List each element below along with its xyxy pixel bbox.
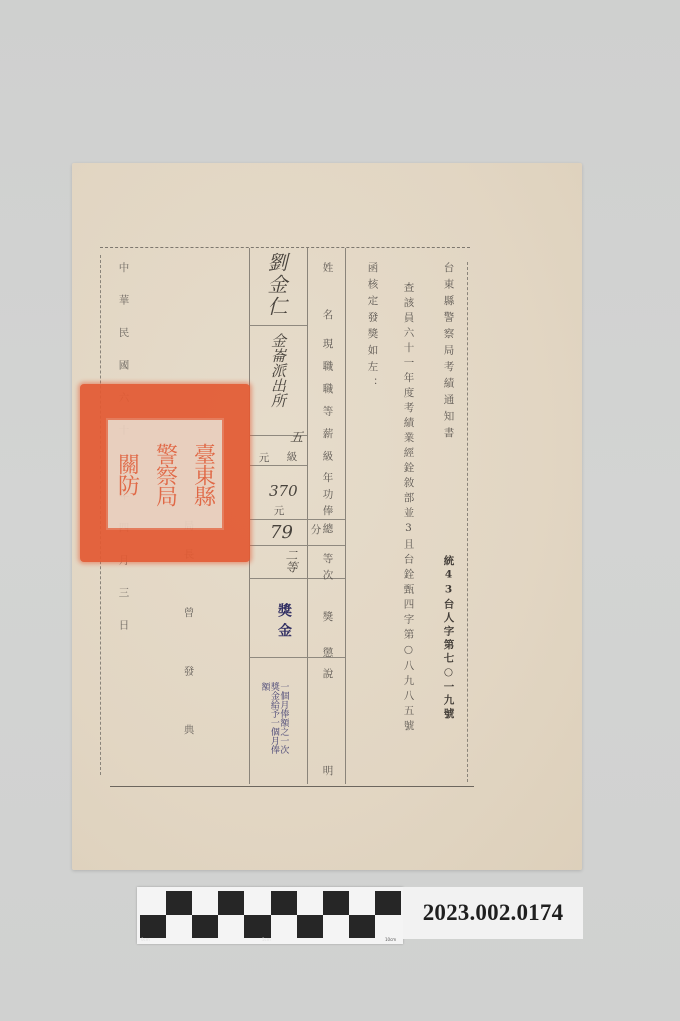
body-line-2: 函核定發獎如左： [367,262,378,394]
header-reward-2: 懲 [322,647,333,664]
table-right-rule [345,248,346,784]
salary-unit: 元 [273,505,284,522]
notes-stamp: 一個月俸額之一次獎金給予一個月俸額 [259,682,287,754]
header-name-surname: 姓 [322,262,333,279]
score-value: 79 [270,522,293,543]
row-sep-name [249,325,307,326]
header-name-given: 名 [322,309,333,326]
employee-name: 劉金仁 [262,252,291,318]
grade-level-unit: 級 [286,451,297,468]
score-unit: 分 [310,524,321,541]
seal-column-2: 警察局 [153,443,176,506]
official-seal: 臺東縣 警察局 關防 [80,384,250,562]
reward-stamp: 獎金 [274,603,294,643]
header-score: 總 [322,523,333,540]
header-notes-2: 明 [322,765,333,782]
header-notes-1: 說 [322,668,333,685]
scale-label-0: 0cm [141,937,150,942]
reference-number: 統43台人字第七○一九號 [443,555,454,722]
position-value: 金崙派出所 [268,333,289,408]
seal-text-area: 臺東縣 警察局 關防 [106,418,224,530]
header-grade: 等次 [322,553,333,586]
header-title: 台東縣警察局考績通知書 [443,262,454,444]
header-position-grade-salary: 現職職等薪級 [322,338,333,473]
header-annual-merit: 年功俸 [322,472,333,522]
top-rule [100,247,470,248]
header-reward-1: 獎 [322,611,333,628]
grade-unit: 元 [258,452,269,469]
body-line-1: 查該員六十一年度考績業經銓敘部並3且台銓甄四字第○八九八五號 [403,282,414,735]
right-frame-rule [467,262,468,782]
grade-level-value: 五 [285,430,304,443]
table-header-rule [307,248,308,784]
color-scale-bar [137,887,403,944]
accession-number-label: 2023.002.0174 [403,887,583,939]
seal-column-1: 臺東縣 [191,443,214,506]
seal-column-3: 關防 [115,453,138,495]
salary-value: 370 [269,482,298,500]
bottom-rule [110,786,474,787]
rank-value: 二等 [283,549,300,573]
scale-label-10: 10cm [385,937,396,942]
scale-label-5: 5cm [262,937,271,942]
row-sep-score [249,545,345,546]
